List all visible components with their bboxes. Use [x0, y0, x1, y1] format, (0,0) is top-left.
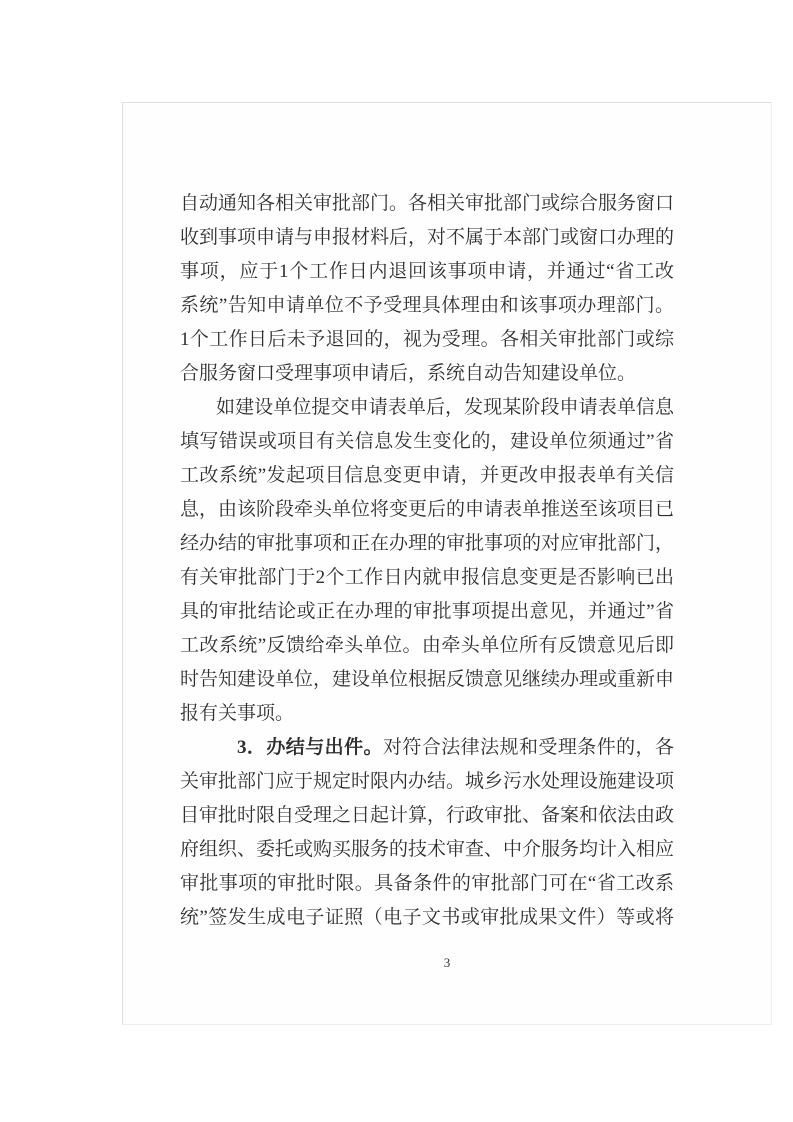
- text-line: 统”签发生成电子证照（电子文书或审批成果文件）等或将: [180, 901, 674, 935]
- text-line: 自动通知各相关审批部门。各相关审批部门或综合服务窗口: [180, 187, 674, 221]
- text-line: 如建设单位提交申请表单后，发现某阶段申请表单信息: [180, 391, 674, 425]
- text-line: 1个工作日后未予退回的，视为受理。各相关审批部门或综: [180, 323, 674, 357]
- text-line: 报有关事项。: [180, 697, 674, 731]
- text-line: 府组织、委托或购买服务的技术审查、中介服务均计入相应: [180, 833, 674, 867]
- document-page: 自动通知各相关审批部门。各相关审批部门或综合服务窗口 收到事项申请与申报材料后，…: [122, 102, 772, 1025]
- text-line: 工改系统”反馈给牵头单位。由牵头单位所有反馈意见后即: [180, 629, 674, 663]
- text-line: 息，由该阶段牵头单位将变更后的申请表单推送至该项目已: [180, 493, 674, 527]
- text-line: 关审批部门应于规定时限内办结。城乡污水处理设施建设项: [180, 765, 674, 799]
- text-line: 系统”告知申请单位不予受理具体理由和该事项办理部门。: [180, 289, 674, 323]
- scan-canvas: 自动通知各相关审批部门。各相关审批部门或综合服务窗口 收到事项申请与申报材料后，…: [0, 0, 793, 1122]
- text-line: 有关审批部门于2个工作日内就申报信息变更是否影响已出: [180, 561, 674, 595]
- text-line: 填写错误或项目有关信息发生变化的，建设单位须通过”省: [180, 425, 674, 459]
- text-line: 经办结的审批事项和正在办理的审批事项的对应审批部门，: [180, 527, 674, 561]
- text-line: 目审批时限自受理之日起计算，行政审批、备案和依法由政: [180, 799, 674, 833]
- paragraph-heading-bold: 3．办结与出件。: [237, 737, 383, 758]
- text-line: 事项，应于1个工作日内退回该事项申请，并通过“省工改: [180, 255, 674, 289]
- page-number: 3: [123, 953, 771, 973]
- text-line: 合服务窗口受理事项申请后，系统自动告知建设单位。: [180, 357, 674, 391]
- text-line: 工改系统”发起项目信息变更申请，并更改申报表单有关信: [180, 459, 674, 493]
- text-line: 时告知建设单位，建设单位根据反馈意见继续办理或重新申: [180, 663, 674, 697]
- body-text: 自动通知各相关审批部门。各相关审批部门或综合服务窗口 收到事项申请与申报材料后，…: [180, 187, 674, 935]
- text-line: 3．办结与出件。对符合法律法规和受理条件的，各相: [180, 731, 674, 765]
- text-line: 收到事项申请与申报材料后，对不属于本部门或窗口办理的: [180, 221, 674, 255]
- text-line: 具的审批结论或正在办理的审批事项提出意见，并通过”省: [180, 595, 674, 629]
- text-line: 审批事项的审批时限。具备条件的审批部门可在“省工改系: [180, 867, 674, 901]
